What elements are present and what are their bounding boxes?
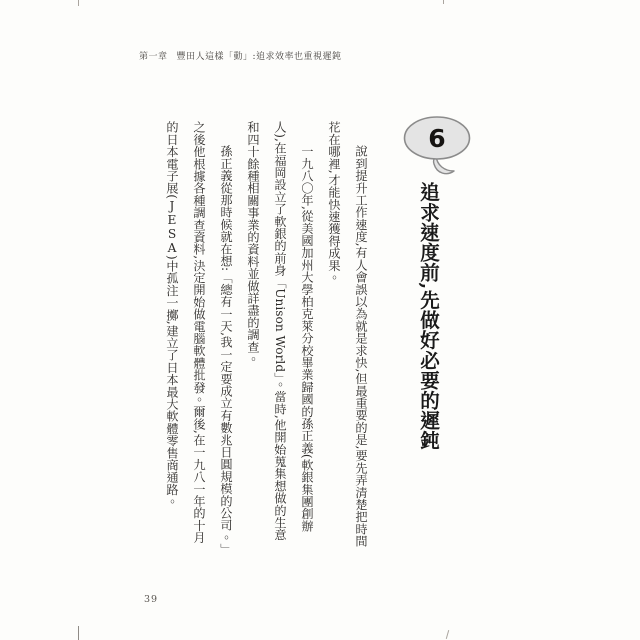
body-text: 說到提升工作速度,有人會誤以為就是求快,但最重要的是,要先弄清楚把時間花在哪裡,… [124, 121, 374, 550]
page-number: 39 [144, 594, 158, 605]
running-header: 第一章豐田人這樣「動」:追求效率也重視遲鈍 [139, 49, 342, 62]
book-page-scan: { "header": { "chapter_label": "第一章", "c… [0, 0, 640, 640]
section-number-bubble: 6 [403, 116, 475, 178]
page-edge-mark [443, 0, 444, 4]
chapter-title: 豐田人這樣「動」:追求效率也重視遲鈍 [177, 52, 342, 62]
section-title: 追求速度前,先做好必要的遲鈍 [414, 182, 442, 451]
body-paragraph: 孫正義從那時候就在想:「總有一天,我一定要成立有數兆日圓規模的公司。」之後他根據… [158, 121, 239, 550]
body-paragraph: 說到提升工作速度,有人會誤以為就是求快,但最重要的是,要先弄清楚把時間花在哪裡,… [320, 121, 374, 550]
body-paragraph: 一九八〇年,從美國加州大學柏克萊分校畢業歸國的孫正義(軟銀集團創辦人),在福岡設… [239, 121, 320, 550]
section-number: 6 [404, 117, 470, 159]
page-edge-mark [78, 0, 79, 6]
chapter-label: 第一章 [139, 52, 168, 62]
page-edge-mark [78, 626, 79, 640]
page-edge-mark [446, 630, 449, 639]
